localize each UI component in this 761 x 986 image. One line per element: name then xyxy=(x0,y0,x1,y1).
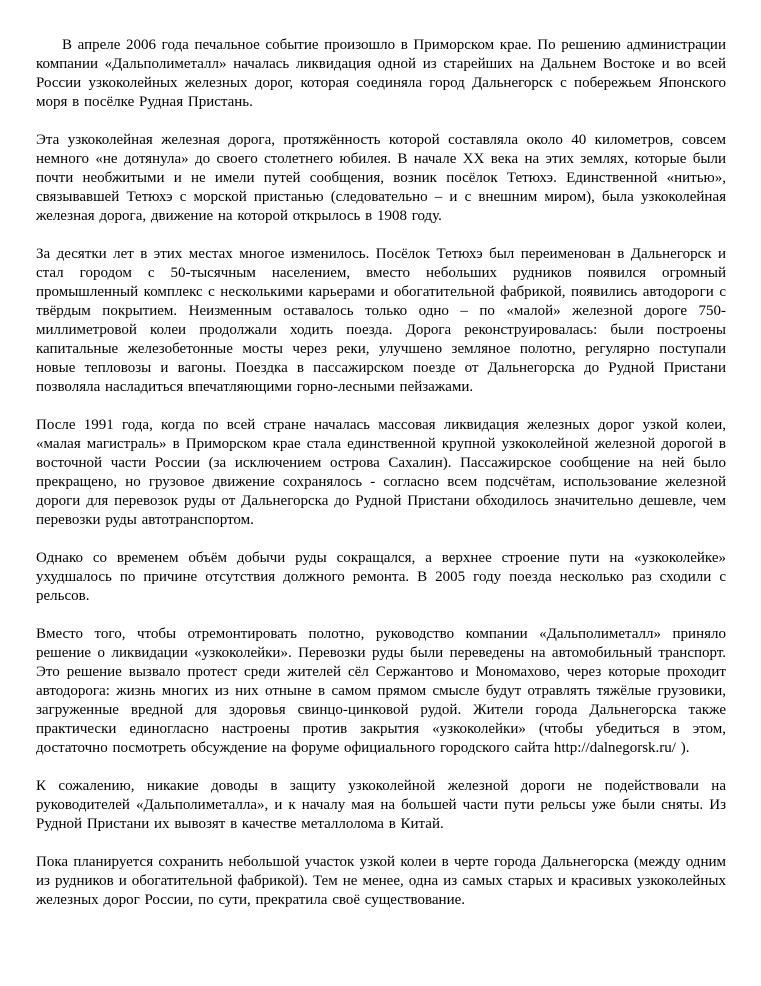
paragraph-5: Однако со временем объём добычи руды сок… xyxy=(36,549,726,606)
paragraph-3: За десятки лет в этих местах многое изме… xyxy=(36,245,726,397)
paragraph-6: Вместо того, чтобы отремонтировать полот… xyxy=(36,625,726,758)
paragraph-1: В апреле 2006 года печальное событие про… xyxy=(36,36,726,112)
document-body: В апреле 2006 года печальное событие про… xyxy=(36,36,726,910)
document-page: В апреле 2006 года печальное событие про… xyxy=(0,0,761,986)
paragraph-6-text-before-url: Вместо того, чтобы отремонтировать полот… xyxy=(36,626,726,756)
paragraph-7: К сожалению, никакие доводы в защиту узк… xyxy=(36,777,726,834)
paragraph-8: Пока планируется сохранить небольшой уча… xyxy=(36,853,726,910)
paragraph-2: Эта узкоколейная железная дорога, протяж… xyxy=(36,131,726,226)
paragraph-4: После 1991 года, когда по всей стране на… xyxy=(36,416,726,530)
paragraph-6-text-after-url: ). xyxy=(676,740,690,756)
site-url: http://dalnegorsk.ru/ xyxy=(554,740,676,756)
